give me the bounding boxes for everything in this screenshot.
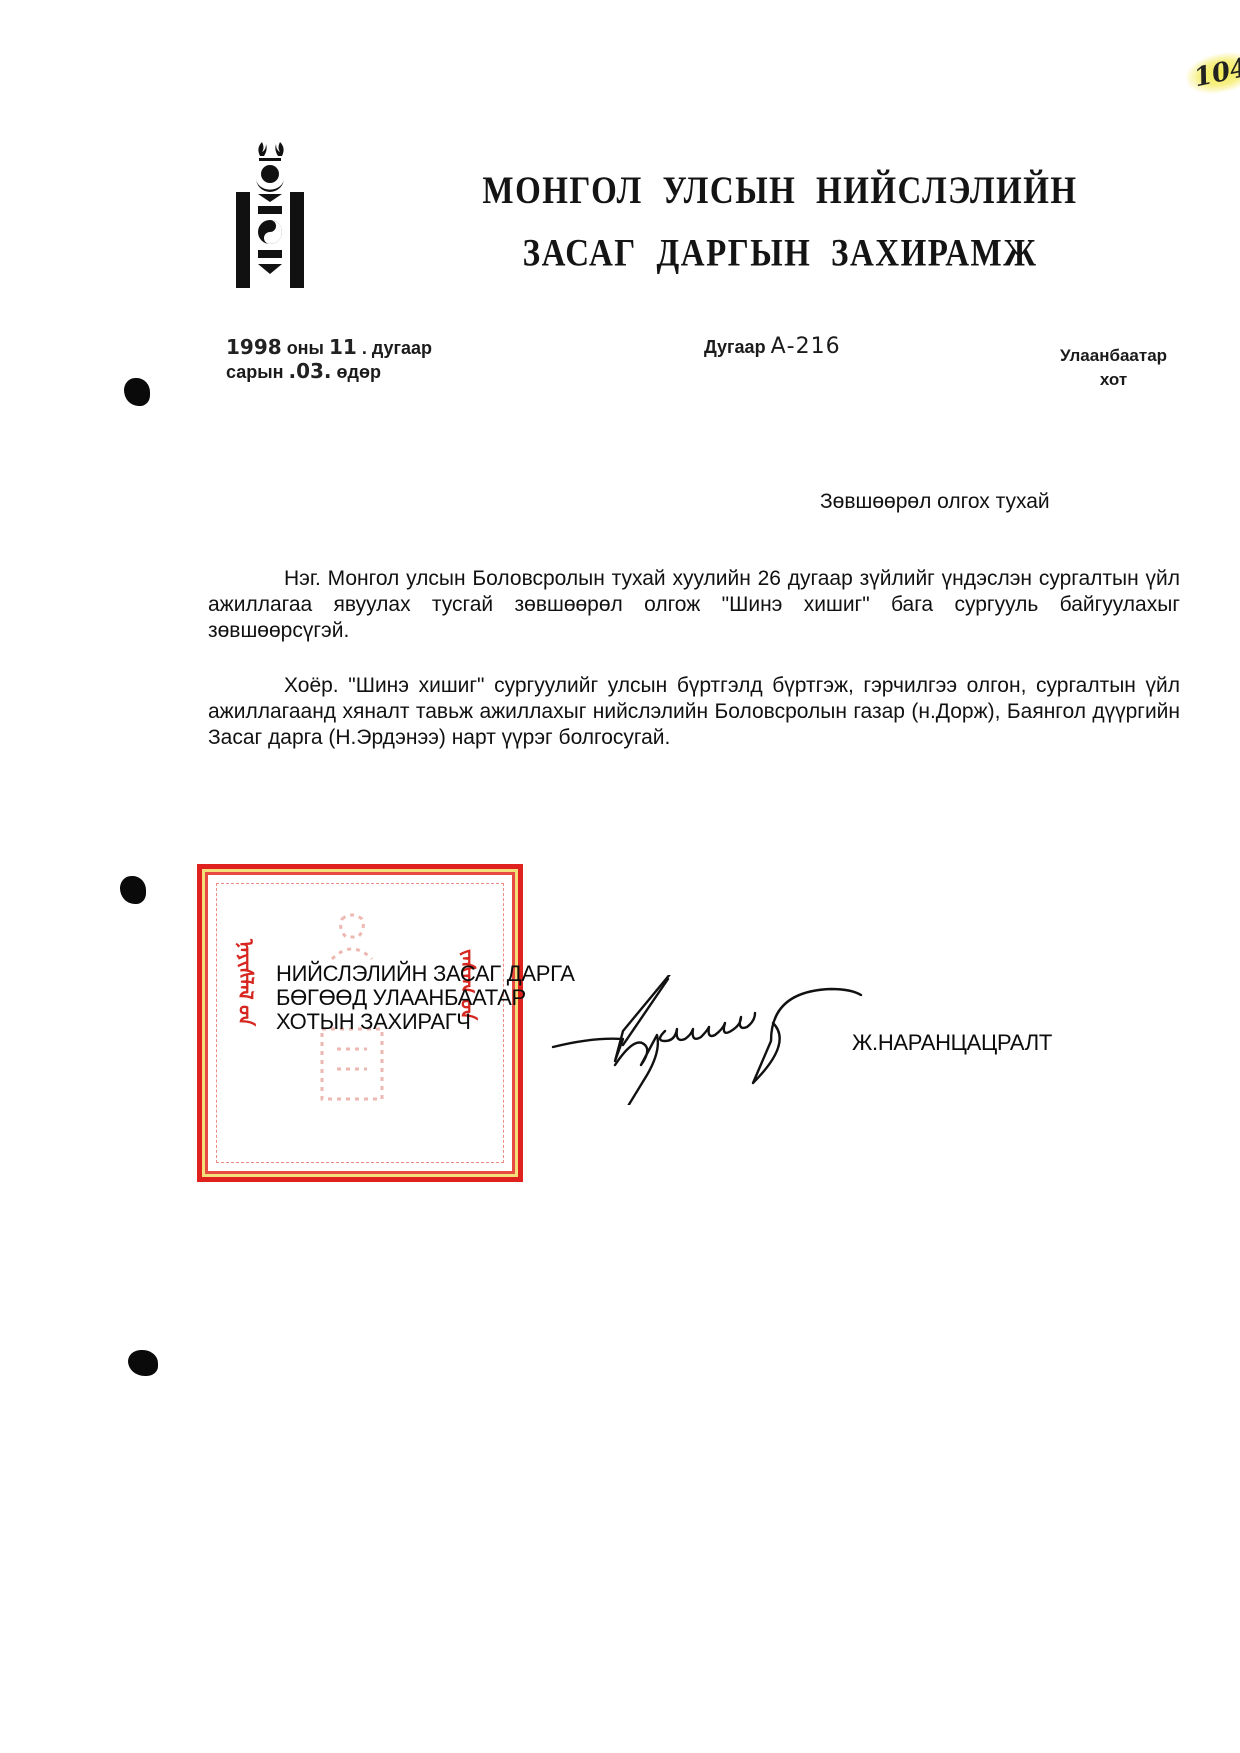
date-month-suffix: . дугаар [362, 338, 432, 358]
signatory-name: Ж.НАРАНЦАЦРАЛТ [852, 1030, 1052, 1056]
body-paragraph-2: Хоёр. "Шинэ хишиг" сургуулийг улсын бүрт… [208, 673, 1180, 751]
soyombo-emblem-icon [232, 140, 308, 290]
date-year: 1998 [226, 335, 282, 359]
seal-mongolian-script-left: ᠨᠡᠶᠢᠰᠯᠡᠯ ᠤ᠋ᠨ [228, 939, 263, 1026]
punch-hole [120, 876, 146, 904]
decree-number-value: А-216 [771, 334, 841, 359]
city-name: Улаанбаатар [1060, 344, 1167, 368]
body-paragraph-1: Нэг. Монгол улсын Боловсролын тухай хуул… [208, 566, 1180, 644]
header-line-2: ЗАСАГ ДАРГЫН ЗАХИРАМЖ [470, 233, 1090, 277]
city-suffix: хот [1060, 368, 1167, 392]
header-line-1: МОНГОЛ УЛСЫН НИЙСЛЭЛИЙН [470, 170, 1090, 214]
date-month: 11 [329, 335, 357, 359]
punch-hole [124, 378, 150, 406]
decree-subject: Зөвшөөрөл олгох тухай [820, 490, 1050, 514]
handwritten-signature-icon [545, 975, 865, 1105]
date-month-label: сарын [226, 362, 283, 382]
signatory-title-line-3: ХОТЫН ЗАХИРАГЧ [276, 1010, 575, 1034]
signatory-title: НИЙСЛЭЛИЙН ЗАСАГ ДАРГА БӨГӨӨД УЛААНБААТА… [276, 962, 575, 1034]
decree-number-label: Дугаар [704, 337, 766, 357]
date-day-suffix: өдөр [337, 362, 381, 382]
date-day: .03. [289, 359, 332, 383]
document-header: МОНГОЛ УЛСЫН НИЙСЛЭЛИЙН ЗАСАГ ДАРГЫН ЗАХ… [470, 170, 1090, 276]
punch-hole [128, 1350, 158, 1376]
decree-city: Улаанбаатар хот [1060, 344, 1167, 392]
signatory-title-line-2: БӨГӨӨД УЛААНБААТАР [276, 986, 575, 1010]
decree-number: Дугаар А-216 [704, 334, 841, 359]
date-year-suffix: оны [287, 338, 324, 358]
signatory-title-line-1: НИЙСЛЭЛИЙН ЗАСАГ ДАРГА [276, 962, 575, 986]
archive-page-number: 104 [1183, 47, 1240, 99]
decree-date: 1998 оны 11 . дугаар сарын .03. өдөр [226, 336, 432, 384]
